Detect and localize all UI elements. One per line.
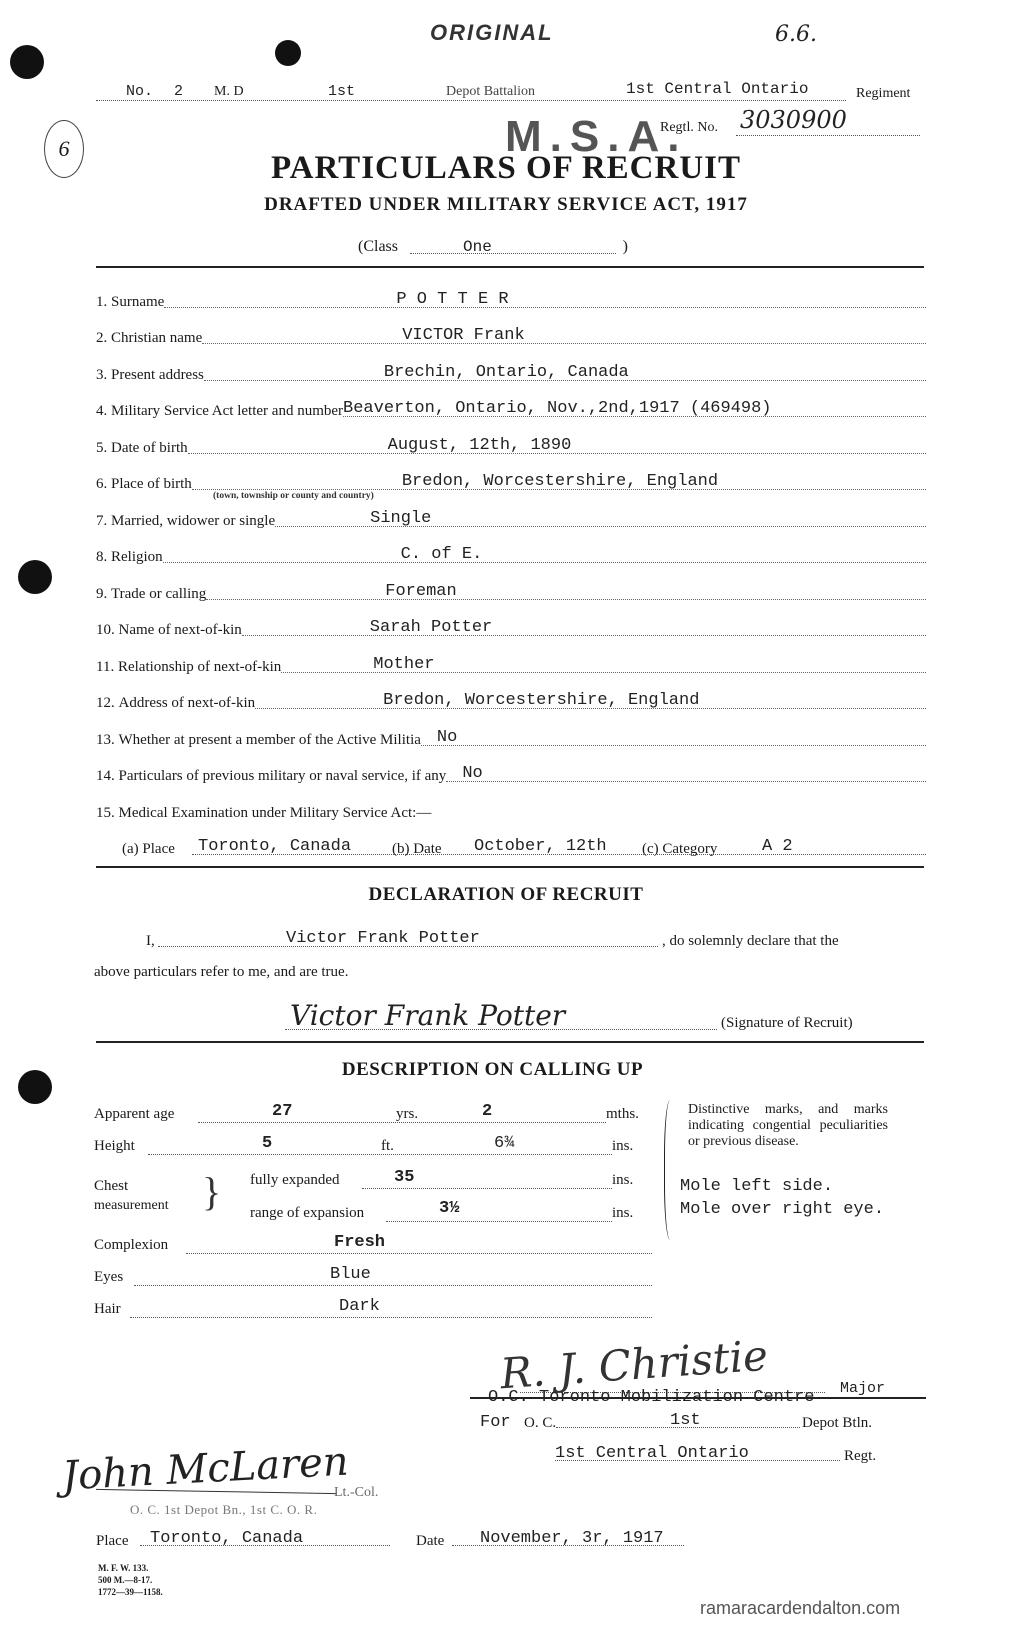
regt-label: Regt. — [844, 1448, 876, 1465]
field-value: Brechin, Ontario, Canada — [384, 363, 629, 382]
field-number: 13. — [96, 732, 115, 748]
field-label: Present address — [111, 367, 204, 383]
field-medical-exam: 15. Medical Examination under Military S… — [96, 796, 926, 822]
field-label: Military Service Act letter and number — [111, 403, 343, 419]
watermark: ramaracardendalton.com — [700, 1598, 900, 1619]
medical-details: (a) Place Toronto, Canada (b) Date Octob… — [122, 832, 926, 858]
eyes-value: Blue — [330, 1265, 371, 1284]
ins-label: ins. — [612, 1172, 633, 1189]
field-value: Foreman — [385, 582, 456, 601]
field-label: Married, widower or single — [111, 513, 275, 529]
class-line: (Class One ) — [358, 234, 628, 256]
footer-date-label: Date — [416, 1533, 444, 1550]
medical-date-label: (b) Date — [392, 841, 442, 858]
declaration-prefix: I, — [146, 933, 155, 950]
brace-icon: } — [202, 1172, 221, 1212]
field-christian-name: 2. Christian name VICTOR Frank — [96, 321, 926, 347]
field-trade: 9. Trade or calling Foreman — [96, 577, 926, 603]
field-place-of-birth: 6. Place of birth Bredon, Worcestershire… — [96, 467, 926, 493]
field-previous-service: 14. Particulars of previous military or … — [96, 759, 926, 785]
field-number: 5. — [96, 440, 107, 456]
depot-battalion-label: Depot Battalion — [446, 84, 535, 100]
age-years-value: 27 — [272, 1102, 292, 1121]
field-next-of-kin-address: 12. Address of next-of-kin Bredon, Worce… — [96, 686, 926, 712]
distinctive-mark: Mole left side. — [680, 1177, 833, 1196]
punch-hole — [18, 560, 52, 594]
field-number: 11. — [96, 659, 114, 675]
declaration-line: I, Victor Frank Potter , do solemnly dec… — [96, 924, 926, 950]
corner-handwritten-mark: 6.6. — [775, 22, 817, 47]
form-line: 500 M.—8-17. — [98, 1574, 163, 1586]
md-number: 2 — [174, 83, 183, 100]
dotted — [148, 1154, 612, 1155]
dotted — [556, 1427, 800, 1428]
declaration-dotted — [158, 946, 658, 947]
field-label: Religion — [111, 549, 163, 565]
field-surname: 1. Surname P O T T E R — [96, 285, 926, 311]
dotted — [140, 1545, 390, 1546]
form-line: 1772—39—1158. — [98, 1586, 163, 1598]
field-number: 14. — [96, 768, 115, 784]
field-number: 7. — [96, 513, 107, 529]
signature-dotted — [285, 1029, 717, 1030]
description-heading: DESCRIPTION ON CALLING UP — [0, 1059, 985, 1081]
footer-place-label: Place — [96, 1533, 128, 1550]
class-label: (Class — [358, 238, 398, 256]
declaration-suffix: , do solemnly declare that the — [662, 933, 839, 950]
declaration-heading: DECLARATION OF RECRUIT — [0, 884, 1012, 906]
field-value: Bredon, Worcestershire, England — [383, 691, 699, 710]
chest-label-2: measurement — [94, 1198, 169, 1214]
form-line: M. F. W. 133. — [98, 1562, 163, 1574]
commanding-stamp: O. C. 1st Depot Bn., 1st C. O. R. — [130, 1502, 317, 1518]
regiment-label: Regiment — [856, 86, 910, 102]
place-of-birth-note: (town, township or county and country) — [213, 491, 374, 501]
regtl-no-value: 3030900 — [740, 106, 847, 134]
medical-place-label: (a) Place — [122, 841, 175, 858]
range-value: 3½ — [439, 1199, 459, 1218]
dotted — [198, 1122, 606, 1123]
declaration-line-2: above particulars refer to me, and are t… — [94, 964, 348, 981]
field-label: Date of birth — [111, 440, 188, 456]
field-value: VICTOR Frank — [402, 326, 524, 345]
oc-prefix: O.C. — [488, 1388, 529, 1407]
footer-place-line: Place Toronto, Canada — [96, 1526, 396, 1550]
field-number: 6. — [96, 476, 107, 492]
description-table: Apparent age 27 yrs. 2 mths. Height 5 ft… — [94, 1094, 664, 1324]
field-value: Mother — [373, 655, 434, 674]
field-relationship: 11. Relationship of next-of-kin Mother — [96, 650, 926, 676]
page-subtitle: DRAFTED UNDER MILITARY SERVICE ACT, 1917 — [0, 194, 1012, 216]
regt-line: 1st Central Ontario Regt. — [555, 1441, 885, 1465]
dotted — [130, 1317, 652, 1318]
mths-label: mths. — [606, 1106, 639, 1123]
dotted — [186, 1253, 652, 1254]
punch-hole — [10, 45, 44, 79]
field-next-of-kin: 10. Name of next-of-kin Sarah Potter — [96, 613, 926, 639]
height-ins-value: 6¾ — [494, 1134, 514, 1153]
footer-date-line: Date November, 3r, 1917 — [416, 1526, 716, 1550]
distinctive-mark: Mole over right eye. — [680, 1200, 884, 1219]
oc-unit-value: Toronto Mobilization Centre — [539, 1388, 814, 1407]
field-value: Single — [370, 509, 431, 528]
officer-rank: Major — [840, 1380, 885, 1397]
for-label: For — [480, 1413, 511, 1432]
original-stamp: ORIGINAL — [430, 20, 554, 46]
field-marital-status: 7. Married, widower or single Single — [96, 504, 926, 530]
field-label: Address of next-of-kin — [119, 695, 256, 711]
field-value: P O T T E R — [396, 290, 508, 309]
field-number: 2. — [96, 330, 107, 346]
field-value: C. of E. — [401, 545, 483, 564]
field-label: Place of birth — [111, 476, 192, 492]
dotted — [134, 1285, 652, 1286]
page-title: PARTICULARS OF RECRUIT — [0, 150, 1012, 187]
medical-dotted — [192, 854, 926, 855]
fully-expanded-value: 35 — [394, 1168, 414, 1187]
marks-brace — [664, 1100, 679, 1240]
fully-expanded-label: fully expanded — [250, 1172, 340, 1189]
dotted — [362, 1188, 612, 1189]
depot-battalion-value: 1st — [328, 83, 355, 100]
field-label: Particulars of previous military or nava… — [119, 768, 447, 784]
field-number: 1. — [96, 294, 107, 310]
field-label: Christian name — [111, 330, 202, 346]
field-label: Trade or calling — [111, 586, 206, 602]
hair-label: Hair — [94, 1301, 121, 1318]
dotted — [386, 1221, 612, 1222]
ins-label: ins. — [612, 1138, 633, 1155]
field-number: 15. — [96, 805, 115, 821]
field-number: 3. — [96, 367, 107, 383]
complexion-value: Fresh — [334, 1233, 385, 1252]
recruit-signature: Victor Frank Potter — [290, 999, 565, 1032]
punch-hole — [275, 40, 301, 66]
field-value: Sarah Potter — [370, 618, 492, 637]
field-label: Whether at present a member of the Activ… — [119, 732, 421, 748]
header-dotted-line — [96, 100, 846, 101]
dotted — [555, 1460, 840, 1461]
medical-category-label: (c) Category — [642, 841, 717, 858]
field-value: Beaverton, Ontario, Nov.,2nd,1917 (46949… — [343, 399, 771, 418]
regiment-value: 1st Central Ontario — [626, 80, 808, 98]
dotted — [452, 1545, 684, 1546]
field-value: No — [437, 728, 457, 747]
height-ft-value: 5 — [262, 1134, 272, 1153]
class-close: ) — [623, 238, 628, 256]
md-label: M. D — [214, 84, 244, 100]
field-label: Surname — [111, 294, 164, 310]
marks-heading: Distinctive marks, and marks indicating … — [688, 1102, 888, 1150]
field-label: Name of next-of-kin — [119, 622, 242, 638]
for-oc-line: For O. C. 1st Depot Btln. — [480, 1408, 888, 1432]
height-label: Height — [94, 1138, 135, 1155]
field-date-of-birth: 5. Date of birth August, 12th, 1890 — [96, 431, 926, 457]
signature-label: (Signature of Recruit) — [721, 1015, 853, 1032]
recruit-signature-line: Victor Frank Potter (Signature of Recrui… — [285, 998, 925, 1034]
chest-label: Chest — [94, 1178, 128, 1195]
field-number: 8. — [96, 549, 107, 565]
yrs-label: yrs. — [396, 1106, 418, 1123]
hair-value: Dark — [339, 1297, 380, 1316]
field-active-militia: 13. Whether at present a member of the A… — [96, 723, 926, 749]
field-label: Relationship of next-of-kin — [118, 659, 281, 675]
section-divider — [96, 1041, 924, 1043]
eyes-label: Eyes — [94, 1269, 123, 1286]
field-number: 4. — [96, 403, 107, 419]
complexion-label: Complexion — [94, 1237, 168, 1254]
section-divider — [96, 866, 924, 868]
oc-label: O. C. — [524, 1415, 556, 1432]
form-number: M. F. W. 133. 500 M.—8-17. 1772—39—1158. — [98, 1562, 163, 1598]
ft-label: ft. — [381, 1138, 394, 1155]
field-present-address: 3. Present address Brechin, Ontario, Can… — [96, 358, 926, 384]
range-label: range of expansion — [250, 1205, 364, 1222]
field-label: Medical Examination under Military Servi… — [119, 805, 432, 821]
field-number: 12. — [96, 695, 115, 711]
age-months-value: 2 — [482, 1102, 492, 1121]
regtl-no-label: Regtl. No. — [660, 120, 718, 136]
field-number: 9. — [96, 586, 107, 602]
section-divider — [96, 266, 924, 268]
commanding-rank: Lt.-Col. — [334, 1485, 378, 1501]
depot-label: Depot Btln. — [802, 1415, 872, 1432]
field-religion: 8. Religion C. of E. — [96, 540, 926, 566]
regtl-no-dotted — [736, 135, 920, 136]
field-value: August, 12th, 1890 — [388, 436, 572, 455]
field-value: Bredon, Worcestershire, England — [402, 472, 718, 491]
header-line: No. 2 M. D 1st Depot Battalion 1st Centr… — [96, 78, 926, 100]
ins-label: ins. — [612, 1205, 633, 1222]
no-prefix: No. — [126, 83, 153, 100]
field-value: No — [462, 764, 482, 783]
field-msa-letter: 4. Military Service Act letter and numbe… — [96, 394, 926, 420]
officer-unit: O.C. Toronto Mobilization Centre — [488, 1388, 814, 1407]
regtl-no: Regtl. No. 3030900 — [660, 112, 920, 136]
field-number: 10. — [96, 622, 115, 638]
class-dotted — [410, 253, 616, 254]
apparent-age-label: Apparent age — [94, 1106, 174, 1123]
